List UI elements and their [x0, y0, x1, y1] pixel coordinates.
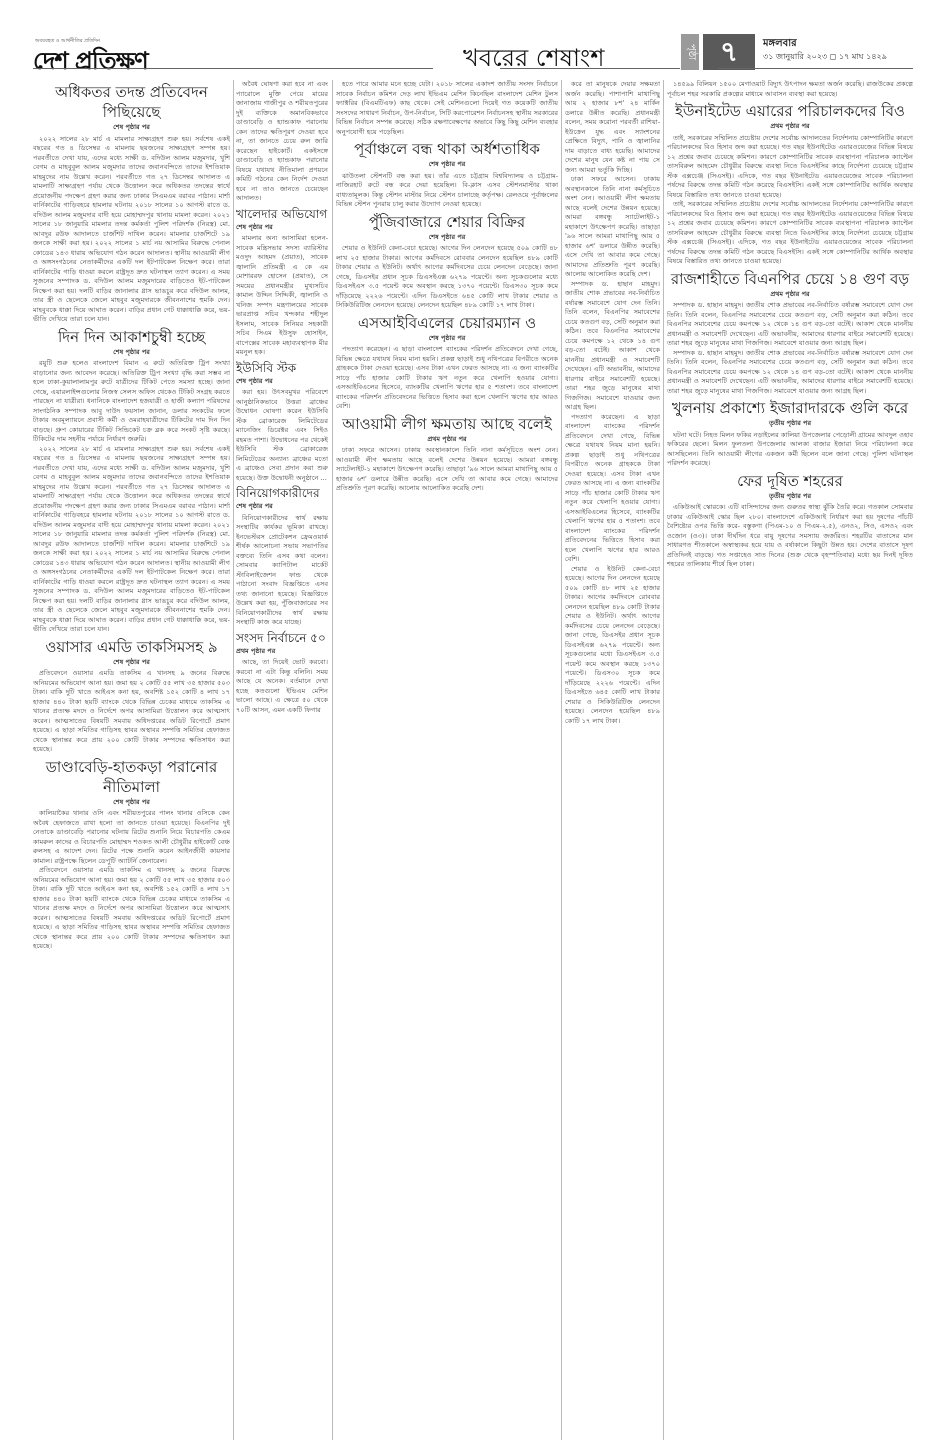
article-body: একিউআই স্কোরকে। এটি বাসিন্দাদের জন্য গুর… — [667, 503, 913, 570]
column-3: হতে পারে আমার মনে হচ্ছে যেটা। ২০১৮ সালের… — [336, 80, 558, 1450]
article-headline: দিন দিন আকাশচুম্বী হচ্ছে — [33, 327, 230, 347]
issue-date: ৩১ জানুয়ারি ২০২৩ ◻ ১৭ মাঘ ১৪২৯ — [763, 51, 887, 64]
article-body: পদত্যাগ করেছেন। এ ছাড়া বাংলাদেশ ব্যাংকে… — [336, 345, 558, 412]
continuation-label: শেষ পৃষ্ঠার পর — [33, 658, 230, 668]
article-headline: ইউসিবি স্টক — [236, 360, 328, 376]
continuation-label: শেষ পৃষ্ঠার পর — [33, 123, 230, 133]
newspaper-logo[interactable]: দেশ প্রতিক্ষণ — [33, 43, 148, 83]
article-headline: বিনিয়োগকারীদের — [236, 485, 328, 501]
article-body: ঘটনা ঘটে। নিহত মিলন ফকির নড়াইলের কালিয়… — [667, 431, 913, 469]
continuation-label: প্রথম পৃষ্ঠার পর — [236, 647, 328, 657]
column-divider — [332, 80, 333, 1440]
article-ucb-stock[interactable]: ইউসিবি স্টক শেষ পৃষ্ঠার পর করা হয়। উৎসব… — [236, 360, 328, 484]
article-wasa[interactable]: ওয়াসার এমডি তাকসিমসহ ৯ শেষ পৃষ্ঠার পর প… — [33, 637, 230, 755]
masthead-rule-left — [33, 68, 433, 69]
article-body: সম্পাদক ড. হাছান মাহমুদ। জাতীয় শোক প্রভ… — [667, 301, 913, 349]
continuation-label: শেষ পৃষ্ঠার পর — [336, 334, 558, 344]
article-body-filler: প্রতিবেদনে ওয়াসার এমডি তাকসিম এ খানসহ ৯… — [33, 866, 230, 952]
article-body: করে তা মানুষকে দেয়ার সক্ষমতা অর্জন করেছ… — [565, 80, 660, 175]
article-body: ঝাউতলা স্টেশনটি বন্ধ করা হয়। তাঁর এতে চ… — [336, 172, 558, 210]
article-body-filler: তাই, সরকারের সম্মিলিত প্রচেষ্টায় দেশের … — [667, 200, 913, 267]
article-body: কালিয়াকৈর থানার ওসি এবং শরীয়তপুরের পাল… — [33, 809, 230, 866]
column-2: অবৈধ ঘোষণা করা হবে না এবং প্যারোলে মুক্ত… — [236, 80, 328, 1450]
article-body: ১৪৫৯৯ বিলিয়ন ১৫০০ মেগাওয়াট বিদ্যুৎ উৎপ… — [667, 80, 913, 99]
article-body: রয়ুটি শুরু হলেও বাংলাদেশ বিমান এ রুটে অ… — [33, 359, 230, 445]
continuation-label: শেষ পৃষ্ঠার পর — [236, 502, 328, 512]
article-shackle-policy[interactable]: ডাণ্ডাবেড়ি-হাতকড়া পরানোর নীতিমালা শেষ … — [33, 757, 230, 952]
article-headline: এসআইবিএলের চেয়ারম্যান ও — [336, 313, 558, 333]
article-investigation[interactable]: অধিকতর তদন্ত প্রতিবেদন পিছিয়েছে শেষ পৃষ… — [33, 82, 230, 325]
masthead-rule-right — [718, 68, 913, 69]
article-headline: আওয়ামী লীগ ক্ষমতায় আছে বলেই — [336, 414, 558, 434]
masthead-rule-mid — [500, 68, 680, 69]
article-body-filler: সম্পাদক ড. হাছান মাহমুদ। জাতীয় শোক প্রভ… — [667, 349, 913, 397]
article-body: তাই, সরকারের সম্মিলিত প্রচেষ্টায় দেশের … — [667, 134, 913, 201]
continuation-label: তৃতীয় পৃষ্ঠার পর — [667, 492, 913, 502]
article-headline: পুঁজিবাজারে শেয়ার বিক্রির — [336, 212, 558, 232]
article-body: বিনিয়োগকারীদের স্বার্থ রক্ষায় সংস্থাটি… — [236, 514, 328, 628]
article-headline: খুলনায় প্রকাশ্যে ইজারাদারকে গুলি করে — [667, 398, 913, 418]
article-headline: ওয়াসার এমডি তাকসিমসহ ৯ — [33, 637, 230, 657]
article-body-filler: সম্পাদক ড. হাছান মাহমুদ। জাতীয় শোক প্রভ… — [565, 280, 660, 413]
article-united-air[interactable]: ইউনাইটেড এয়ারের পরিচালকদের বিও প্রথম পৃ… — [667, 101, 913, 267]
continuation-label: শেষ পৃষ্ঠার পর — [336, 160, 558, 170]
article-election-50[interactable]: সংসদ নির্বাচনে ৫০ প্রথম পৃষ্ঠার পর আছে, … — [236, 630, 328, 716]
continuation-label: শেষ পৃষ্ঠার পর — [33, 348, 230, 358]
section-title: খবরের শেষাংশ — [463, 40, 604, 80]
continuation-label: শেষ পৃষ্ঠার পর — [236, 223, 328, 233]
article-body: আছে, তা দিয়েই ভোট করবো। করবো না এটা কিন… — [236, 658, 328, 715]
article-sibl[interactable]: এসআইবিএলের চেয়ারম্যান ও শেষ পৃষ্ঠার পর … — [336, 313, 558, 412]
article-body: শেয়ার ও ইউনিট কেনা-বেচা হয়েছে। আগের দি… — [336, 244, 558, 311]
page-label: পৃষ্ঠা — [681, 34, 699, 70]
article-headline: পূর্বাঞ্চলে বন্ধ থাকা অর্ধশতাধিক — [336, 139, 558, 159]
article-headline: ডাণ্ডাবেড়ি-হাতকড়া পরানোর নীতিমালা — [33, 757, 230, 797]
column-divider — [561, 80, 562, 1440]
article-body-filler: ২০২২ সালের ২৮ মার্চ এ মামলার সাক্ষ্যগ্রহ… — [33, 445, 230, 635]
article-khaleda[interactable]: খালেদার অভিযোগ শেষ পৃষ্ঠার পর মামলার অন্… — [236, 206, 328, 358]
article-body: হতে পারে আমার মনে হচ্ছে যেটা। ২০১৮ সালের… — [336, 80, 558, 137]
article-body-filler: ঢাকা সফরে আসেন। ঢাকায় অবস্থানকালে তিনি … — [565, 175, 660, 280]
article-headline: অধিকতর তদন্ত প্রতিবেদন পিছিয়েছে — [33, 82, 230, 122]
masthead: অবয়বহত ও আর্থনীতির প্রতিদিন দেশ প্রতিক্… — [33, 30, 913, 70]
article-body: ২০২২ সালের ২৮ মার্চ এ মামলার সাক্ষ্যগ্রহ… — [33, 135, 230, 325]
article-headline: খালেদার অভিযোগ — [236, 206, 328, 222]
continuation-label: প্রথম পৃষ্ঠার পর — [336, 435, 558, 445]
column-1: অধিকতর তদন্ত প্রতিবেদন পিছিয়েছে শেষ পৃষ… — [33, 80, 230, 1430]
article-stock-sale[interactable]: পুঁজিবাজারে শেয়ার বিক্রির শেষ পৃষ্ঠার প… — [336, 212, 558, 311]
article-investors[interactable]: বিনিয়োগকারীদের শেষ পৃষ্ঠার পর বিনিয়োগক… — [236, 485, 328, 628]
continuation-label: প্রথম পৃষ্ঠার পর — [667, 122, 913, 132]
article-ticket-prices[interactable]: দিন দিন আকাশচুম্বী হচ্ছে শেষ পৃষ্ঠার পর … — [33, 327, 230, 635]
continuation-label: তৃতীয় পৃষ্ঠার পর — [667, 419, 913, 429]
column-4: করে তা মানুষকে দেয়ার সক্ষমতা অর্জন করেছ… — [565, 80, 660, 1450]
article-headline: রাজশাহীতে বিএনপির চেয়ে ১৪ গুণ বড় — [667, 269, 913, 289]
continuation-label: শেষ পৃষ্ঠার পর — [336, 233, 558, 243]
article-rajshahi[interactable]: রাজশাহীতে বিএনপির চেয়ে ১৪ গুণ বড় প্রথম… — [667, 269, 913, 397]
continuation-label: প্রথম পৃষ্ঠার পর — [667, 290, 913, 300]
article-body-filler: পদত্যাগ করেছেন। এ ছাড়া বাংলাদেশ ব্যাংকে… — [565, 413, 660, 565]
article-body: মামলার অন্য আসামিরা হলেন- সাবেক মন্ত্রিস… — [236, 234, 328, 358]
article-body: করা হয়। উৎসবমুখর পরিবেশে আনুষ্ঠানিকভাবে… — [236, 388, 328, 483]
page-number: ৭ — [703, 34, 755, 70]
article-headline: ফের দূষিত শহরের — [667, 471, 913, 491]
article-eastern-rail[interactable]: পূর্বাঞ্চলে বন্ধ থাকা অর্ধশতাধিক শেষ পৃষ… — [336, 139, 558, 210]
continuation-label: শেষ পৃষ্ঠার পর — [33, 798, 230, 808]
article-headline: সংসদ নির্বাচনে ৫০ — [236, 630, 328, 646]
article-polluted-city[interactable]: ফের দূষিত শহরের তৃতীয় পৃষ্ঠার পর একিউআই… — [667, 471, 913, 570]
article-body: প্রতিবেদনে ওয়াসার এমডি তাকসিম এ খানসহ ৯… — [33, 669, 230, 755]
article-khulna[interactable]: খুলনায় প্রকাশ্যে ইজারাদারকে গুলি করে তৃ… — [667, 398, 913, 469]
article-body: অবৈধ ঘোষণা করা হবে না এবং প্যারোলে মুক্ত… — [236, 80, 328, 204]
column-5: ১৪৫৯৯ বিলিয়ন ১৫০০ মেগাওয়াট বিদ্যুৎ উৎপ… — [667, 80, 913, 1450]
column-divider — [663, 80, 664, 1440]
article-body: ঢাকা সফরে আসেন। ঢাকায় অবস্থানকালে তিনি … — [336, 446, 558, 494]
article-awami-league[interactable]: আওয়ামী লীগ ক্ষমতায় আছে বলেই প্রথম পৃষ্… — [336, 414, 558, 494]
column-divider — [233, 80, 234, 1440]
article-headline: ইউনাইটেড এয়ারের পরিচালকদের বিও — [667, 101, 913, 121]
article-body-filler: শেয়ার ও ইউনিট কেনা-বেচা হয়েছে। আগের দি… — [565, 565, 660, 727]
continuation-label: শেষ পৃষ্ঠার পর — [236, 377, 328, 387]
